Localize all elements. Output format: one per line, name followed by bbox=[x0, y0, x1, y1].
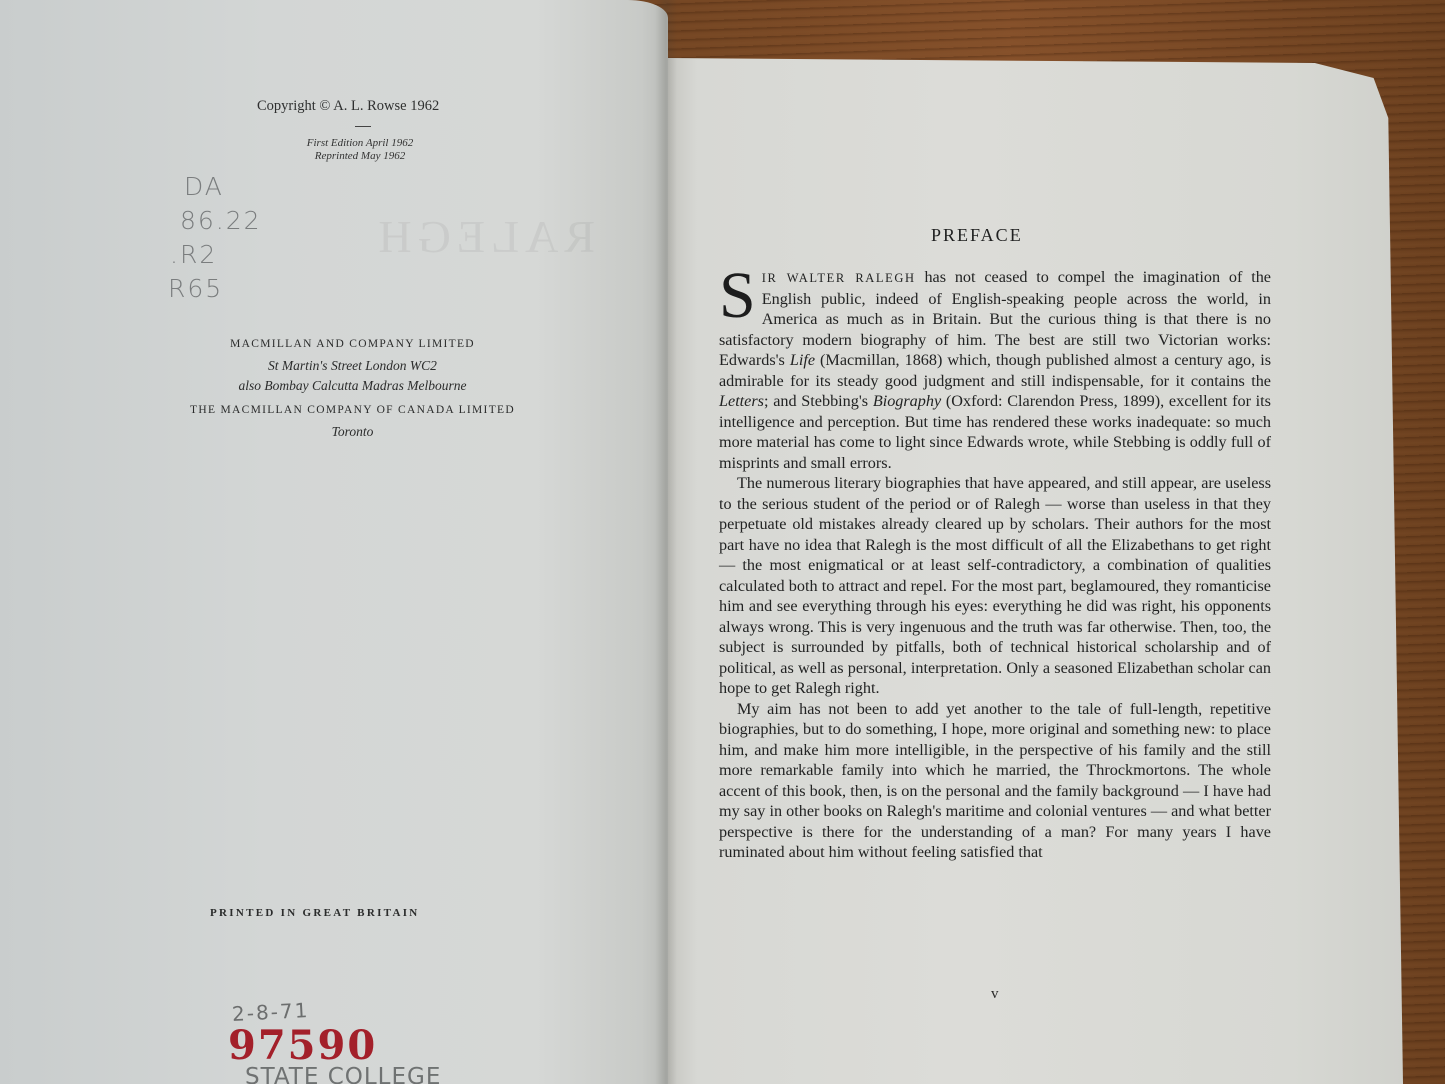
college-library-stamp: STATE COLLEGE bbox=[245, 1064, 441, 1084]
drop-cap: S bbox=[719, 269, 756, 323]
publisher-imprint: MACMILLAN AND COMPANY LIMITED St Martin'… bbox=[170, 336, 535, 442]
publisher-branches: also Bombay Calcutta Madras Melbourne bbox=[170, 376, 535, 396]
handwritten-call-number-line: DA bbox=[184, 172, 224, 201]
handwritten-call-number-line: .R2 bbox=[170, 240, 217, 269]
page-number: v bbox=[991, 986, 999, 1003]
book-gutter bbox=[655, 0, 677, 1084]
edition-history: First Edition April 1962 Reprinted May 1… bbox=[290, 137, 430, 163]
accession-number-stamp: 97590 bbox=[228, 1022, 377, 1069]
text-run: ; and Stebbing's bbox=[764, 392, 873, 410]
copyright-notice: Copyright © A. L. Rowse 1962 bbox=[257, 98, 439, 115]
paragraph: SIR WALTER RALEGH has not ceased to comp… bbox=[719, 267, 1271, 473]
printed-in-notice: PRINTED IN GREAT BRITAIN bbox=[210, 907, 420, 919]
handwritten-call-number-line: R65 bbox=[168, 274, 223, 303]
preface-body: SIR WALTER RALEGH has not ceased to comp… bbox=[719, 267, 1271, 863]
italic-title: Life bbox=[790, 351, 815, 369]
canada-publisher-name: THE MACMILLAN COMPANY OF CANADA LIMITED bbox=[170, 404, 535, 416]
paragraph: My aim has not been to add yet another t… bbox=[719, 699, 1271, 863]
separator-rule bbox=[355, 126, 371, 127]
paragraph: The numerous literary biographies that h… bbox=[719, 473, 1271, 699]
reprint-line: Reprinted May 1962 bbox=[290, 150, 430, 163]
show-through-text: RALEGH bbox=[215, 210, 595, 250]
first-edition-line: First Edition April 1962 bbox=[290, 137, 430, 150]
canada-publisher-city: Toronto bbox=[170, 422, 535, 442]
publisher-name: MACMILLAN AND COMPANY LIMITED bbox=[170, 338, 535, 350]
handwritten-call-number-line: 86.22 bbox=[180, 206, 262, 235]
publisher-address: St Martin's Street London WC2 bbox=[170, 356, 535, 376]
page-title: PREFACE bbox=[931, 225, 1023, 246]
italic-title: Letters bbox=[719, 392, 764, 410]
lead-in-smallcaps: IR WALTER RALEGH bbox=[762, 271, 916, 285]
italic-title: Biography bbox=[873, 392, 941, 410]
